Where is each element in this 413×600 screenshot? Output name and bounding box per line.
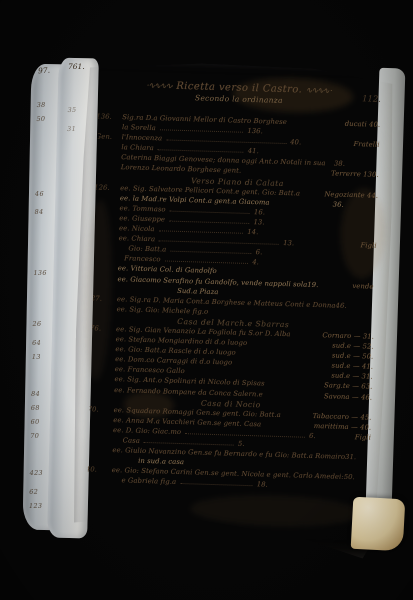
entry-note: vende limonea (352, 282, 375, 292)
leader-tail (263, 133, 380, 136)
dotted-leader (170, 210, 250, 213)
edge-page-number: 84 (31, 390, 40, 398)
page-header: ·∿∿∿∿· Ricetta verso il Castro. ∿∿∿∿ · S… (83, 78, 395, 108)
entry-note: sud.e — 41. (331, 362, 373, 371)
dotted-leader (144, 442, 234, 446)
leader-tail (268, 487, 370, 490)
entry-text: ee. Nicola (119, 224, 155, 233)
margin-number: 136. (98, 112, 112, 120)
dotted-leader (166, 140, 286, 145)
edge-page-number: 62 (29, 488, 38, 496)
margin-number: 40. (88, 466, 97, 474)
flourish-ornament: ∿∿∿∿ · (306, 86, 332, 96)
section-heading-text: Casa di Nocio (201, 398, 261, 409)
leader-tail (259, 154, 379, 158)
edge-page-number: 70 (30, 432, 39, 440)
entry-text: ee. Francesco Gallo (115, 365, 185, 375)
entry-value: 5. (238, 440, 245, 448)
entry-note: Savona — 46. (324, 392, 372, 401)
entry-text: Francesco (124, 255, 161, 264)
entry-note: sud.e — 31. (331, 372, 373, 381)
entry-note: Sarg.te — 63. (324, 382, 373, 391)
margin-number: 27. (93, 294, 102, 302)
foxing-stain (190, 493, 361, 528)
entry-text: in sud.a casa (138, 457, 184, 466)
folio-number: 112. (362, 94, 381, 105)
entry-value: 41. (248, 147, 259, 155)
entry-text: ee. Chiara (119, 234, 156, 243)
flourish-ornament: ·∿∿∿∿· (147, 81, 173, 91)
entry-text: la Chiara (121, 143, 154, 152)
edge-page-number: 35 (68, 106, 77, 114)
dotted-leader (159, 240, 279, 245)
edge-page-number: 46 (35, 190, 44, 198)
entry-note: Fratelli (353, 140, 379, 149)
entry-value: 13. (283, 239, 294, 247)
entry-text: ee. Vittoria Col. di Gandolfo (118, 265, 217, 276)
leader-tail (262, 255, 376, 258)
entry-value: 36. (333, 200, 378, 209)
entry-note: Terrerre 130. (331, 170, 379, 179)
entry-value: 136. (247, 127, 263, 135)
entry-text: ee. Sig. Gio: Michele fig.o (117, 305, 209, 316)
dotted-leader (180, 483, 253, 486)
entry-text: ee. Giuseppe (119, 214, 165, 223)
edge-page-number: 423 (30, 469, 43, 477)
entry-note: sud.e — 52. (332, 342, 374, 351)
leader-tail (258, 234, 377, 238)
leader-tail (259, 265, 376, 268)
margin-number: 76. (92, 324, 101, 332)
entry-value: 40. (290, 138, 301, 146)
entry-note: Tabaccaro — 45. (313, 412, 372, 422)
entry-value: 46. (335, 301, 374, 310)
entry-text: Sud.a Piaza (177, 286, 219, 295)
page-stack-corner-highlight (351, 497, 406, 552)
edge-tab-number: 761. (68, 62, 85, 71)
entry-value: 16. (254, 208, 265, 216)
entry-text: e Gabriela fig.a (121, 477, 176, 487)
entry-value: 18. (257, 481, 268, 489)
edge-page-number: 50 (36, 115, 45, 123)
entry-note: Negoziante 44. (324, 190, 378, 200)
entry-note: ducati 40. (345, 120, 381, 129)
edge-page-number: 68 (31, 404, 40, 412)
entry-value: 6. (309, 432, 316, 440)
manuscript-page: ·∿∿∿∿· Ricetta verso il Castro. ∿∿∿∿ · S… (69, 60, 395, 559)
edge-page-number: 64 (32, 339, 41, 347)
manuscript-photo: 385046841362664138468607042362123 3531 9… (0, 0, 413, 600)
entry-note: sud.e — 50. (332, 352, 374, 361)
dotted-leader (160, 129, 244, 132)
edge-tab-number: 97. (38, 66, 51, 76)
margin-number: Gen. (98, 133, 113, 141)
entry-value: 14. (247, 228, 258, 236)
edge-page-number: 13 (32, 353, 41, 361)
edge-page-number: 31 (67, 125, 76, 133)
dotted-leader (169, 221, 249, 224)
entry-value: 13. (253, 218, 264, 226)
margin-number: 70. (89, 405, 98, 413)
dotted-leader (165, 261, 249, 264)
dotted-leader (159, 230, 244, 234)
edge-page-number: 84 (35, 208, 44, 216)
margin-number: 126. (96, 183, 110, 191)
entry-value: 4. (252, 258, 259, 266)
leader-tail (265, 214, 377, 217)
edge-page-number: 26 (32, 320, 41, 328)
entry-value: 19. (307, 280, 352, 289)
dotted-leader (185, 433, 305, 438)
leader-tail (245, 446, 371, 450)
dotted-leader (158, 150, 244, 154)
entry-value: 50. (344, 473, 370, 482)
dotted-leader (170, 251, 251, 254)
entry-value: 31. (345, 453, 370, 462)
entry-value: 38. (334, 160, 379, 169)
entry-value: 6. (256, 248, 263, 256)
ledger-rows: 136.Sig.ra D.a Giovanni Mellor di Castro… (87, 112, 380, 494)
entry-text: ee. Tommaso (120, 204, 166, 213)
edge-page-number: 60 (31, 418, 40, 426)
leader-tail (265, 224, 378, 227)
edge-page-number: 123 (29, 502, 42, 510)
entry-note: marittima — 40. (314, 422, 372, 432)
entry-note: Figli (360, 241, 376, 249)
entry-text: l'Innocenza (122, 133, 163, 142)
edge-page-number: 136 (33, 269, 46, 277)
entry-text: la Sorella (122, 123, 156, 132)
entry-note: Cornaro — 31. (322, 331, 374, 341)
entry-text: Gio: Batt.a (128, 245, 166, 254)
entry-note: Figli (355, 433, 371, 441)
entry-text: ee. D. Gio: Giac.mo (113, 426, 181, 436)
edge-page-number: 38 (37, 101, 46, 109)
entry-text: Casa (123, 436, 140, 445)
